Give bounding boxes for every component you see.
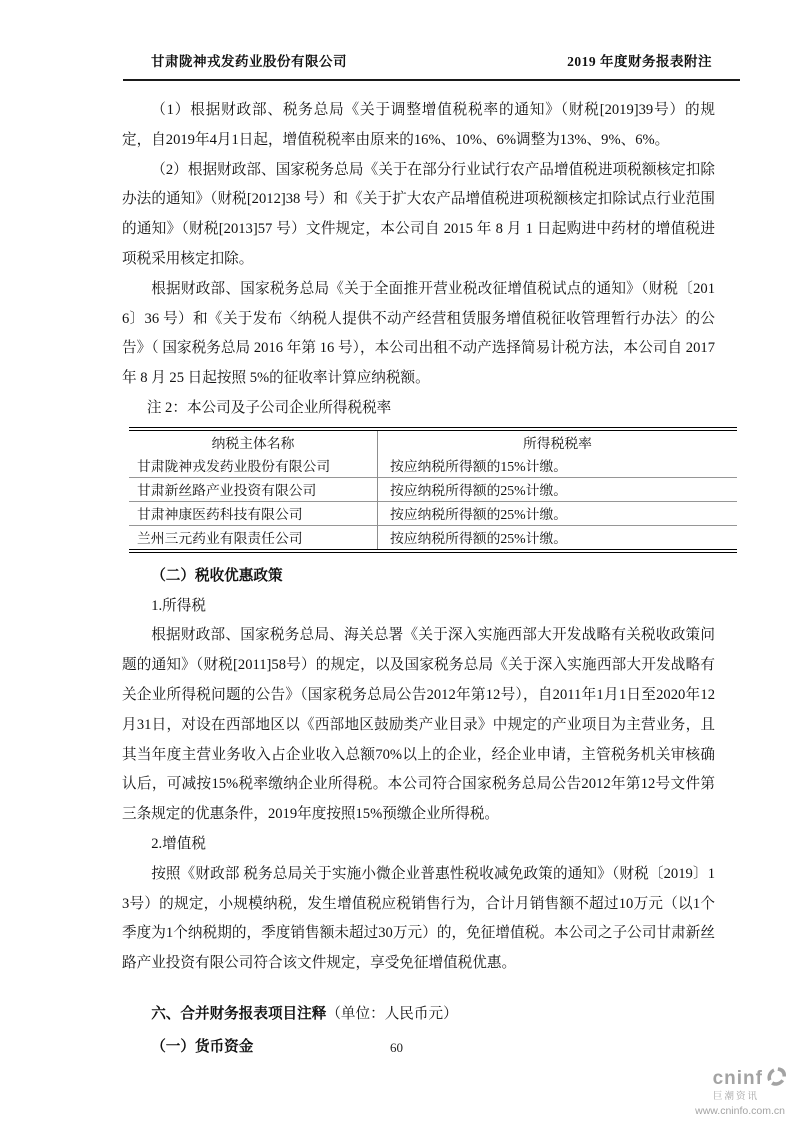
tax-rate-value: 按应纳税所得额的25%计缴。 xyxy=(378,525,738,551)
document-title: 2019 年度财务报表附注 xyxy=(567,50,740,70)
note2-label: 注 2：本公司及子公司企业所得税税率 xyxy=(122,394,715,424)
taxpayer-name: 甘肃陇神戎发药业股份有限公司 xyxy=(129,454,378,478)
tax-rate-value: 按应纳税所得额的15%计缴。 xyxy=(378,454,738,478)
income-tax-rate-table: 纳税主体名称 所得税税率 甘肃陇神戎发药业股份有限公司 按应纳税所得额的15%计… xyxy=(129,427,737,553)
page-header: 甘肃陇神戎发药业股份有限公司 2019 年度财务报表附注 xyxy=(123,50,740,81)
section-heading-consolidated-notes: 六、合并财务报表项目注释（单位：人民币元） xyxy=(122,1000,715,1030)
paragraph-agri-deduction: （2）根据财政部、国家税务总局《关于在部分行业试行农产品增值税进项税额核定扣除办… xyxy=(122,156,715,275)
subheading-income-tax: 1.所得税 xyxy=(122,592,715,622)
cninfo-logo-word: cninf xyxy=(713,1069,766,1088)
table-header-row: 纳税主体名称 所得税税率 xyxy=(129,429,737,454)
paragraph-vat-rate-change: （1）根据财政部、税务总局《关于调整增值税税率的通知》（财税[2019]39号）… xyxy=(122,96,715,156)
paragraph-western-development-policy: 根据财政部、国家税务总局、海关总署《关于深入实施西部大开发战略有关税收政策问题的… xyxy=(122,621,715,830)
table-row: 甘肃神康医药科技有限公司 按应纳税所得额的25%计缴。 xyxy=(129,501,737,525)
cninfo-logo-url: www.cninfo.com.cn xyxy=(675,1106,787,1117)
cninfo-logo-subtitle: 巨潮资讯 xyxy=(675,1093,787,1103)
table-row: 甘肃陇神戎发药业股份有限公司 按应纳税所得额的15%计缴。 xyxy=(129,454,737,478)
section6-title: 六、合并财务报表项目注释 xyxy=(151,1006,326,1022)
column-header-tax-rate: 所得税税率 xyxy=(378,429,738,454)
taxpayer-name: 兰州三元药业有限责任公司 xyxy=(129,525,378,551)
tax-rate-value: 按应纳税所得额的25%计缴。 xyxy=(378,501,738,525)
paragraph-small-business-vat-exemption: 按照《财政部 税务总局关于实施小微企业普惠性税收减免政策的通知》（财税〔2019… xyxy=(122,860,715,979)
company-name: 甘肃陇神戎发药业股份有限公司 xyxy=(123,50,347,70)
cninfo-logo: cninf 巨潮资讯 www.cninfo.com.cn xyxy=(675,1066,787,1116)
cninfo-swirl-icon xyxy=(766,1066,787,1091)
section-heading-tax-incentives: （二）税收优惠政策 xyxy=(122,562,715,592)
tax-rate-value: 按应纳税所得额的25%计缴。 xyxy=(378,477,738,501)
paragraph-rental-tax: 根据财政部、国家税务总局《关于全面推开营业税改征增值税试点的通知》（财税〔201… xyxy=(122,275,715,394)
table-row: 兰州三元药业有限责任公司 按应纳税所得额的25%计缴。 xyxy=(129,525,737,551)
cninfo-logo-row: cninf xyxy=(675,1066,787,1091)
page-number: 60 xyxy=(0,1040,793,1056)
column-header-taxpayer: 纳税主体名称 xyxy=(129,429,378,454)
table-row: 甘肃新丝路产业投资有限公司 按应纳税所得额的25%计缴。 xyxy=(129,477,737,501)
document-body: （1）根据财政部、税务总局《关于调整增值税税率的通知》（财税[2019]39号）… xyxy=(122,96,715,1063)
section6-unit-label: （单位：人民币元） xyxy=(326,1006,457,1022)
taxpayer-name: 甘肃新丝路产业投资有限公司 xyxy=(129,477,378,501)
subheading-vat: 2.增值税 xyxy=(122,830,715,860)
taxpayer-name: 甘肃神康医药科技有限公司 xyxy=(129,501,378,525)
